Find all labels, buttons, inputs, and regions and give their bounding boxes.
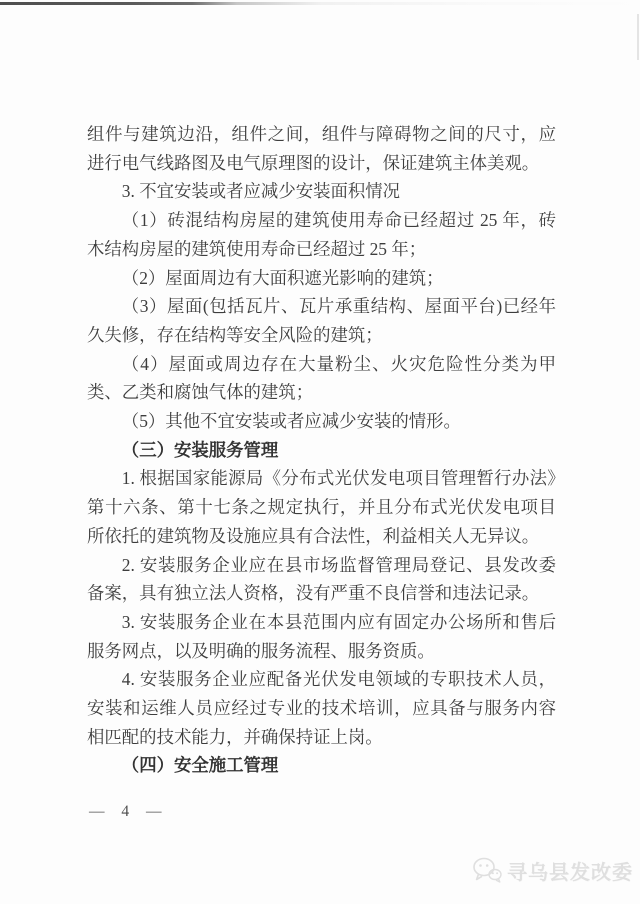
paragraph: 3. 不宜安装或者应减少安装面积情况 bbox=[87, 177, 556, 206]
watermark-label: 寻乌县发改委 bbox=[507, 856, 633, 885]
paragraph: 4. 安装服务企业应配备光伏发电领域的专职技术人员，安装和运维人员应经过专业的技… bbox=[87, 665, 556, 751]
paragraph: 3. 安装服务企业在本县范围内应有固定办公场所和售后服务网点，以及明确的服务流程… bbox=[87, 608, 556, 665]
watermark: 寻乌县发改委 bbox=[472, 856, 633, 885]
paragraph: （4）屋面或周边存在大量粉尘、火灾危险性分类为甲类、乙类和腐蚀气体的建筑； bbox=[87, 350, 556, 407]
paragraph: （3）屋面(包括瓦片、瓦片承重结构、屋面平台)已经年久失修，存在结构等安全风险的… bbox=[87, 292, 556, 349]
scan-artifact-line bbox=[0, 2, 640, 5]
paragraph: （1）砖混结构房屋的建筑使用寿命已经超过 25 年，砖木结构房屋的建筑使用寿命已… bbox=[87, 206, 556, 263]
paragraph: （2）屋面周边有大面积遮光影响的建筑； bbox=[87, 264, 556, 293]
scan-edge-mark bbox=[637, 14, 639, 60]
paragraph: 组件与建筑边沿，组件之间，组件与障碍物之间的尺寸，应进行电气线路图及电气原理图的… bbox=[87, 120, 556, 177]
paragraph: 2. 安装服务企业应在县市场监督管理局登记、县发改委备案，具有独立法人资格，没有… bbox=[87, 551, 556, 608]
wechat-icon bbox=[472, 856, 502, 885]
paragraph: 1. 根据国家能源局《分布式光伏发电项目管理暂行办法》第十六条、第十七条之规定执… bbox=[87, 464, 556, 550]
section-heading: （四）安全施工管理 bbox=[87, 751, 556, 780]
section-heading: （三）安装服务管理 bbox=[87, 436, 556, 465]
paragraph: （5）其他不宜安装或者应减少安装的情形。 bbox=[87, 407, 556, 436]
page-number: — 4 — bbox=[89, 803, 162, 821]
document-body: 组件与建筑边沿，组件之间，组件与障碍物之间的尺寸，应进行电气线路图及电气原理图的… bbox=[87, 120, 556, 780]
